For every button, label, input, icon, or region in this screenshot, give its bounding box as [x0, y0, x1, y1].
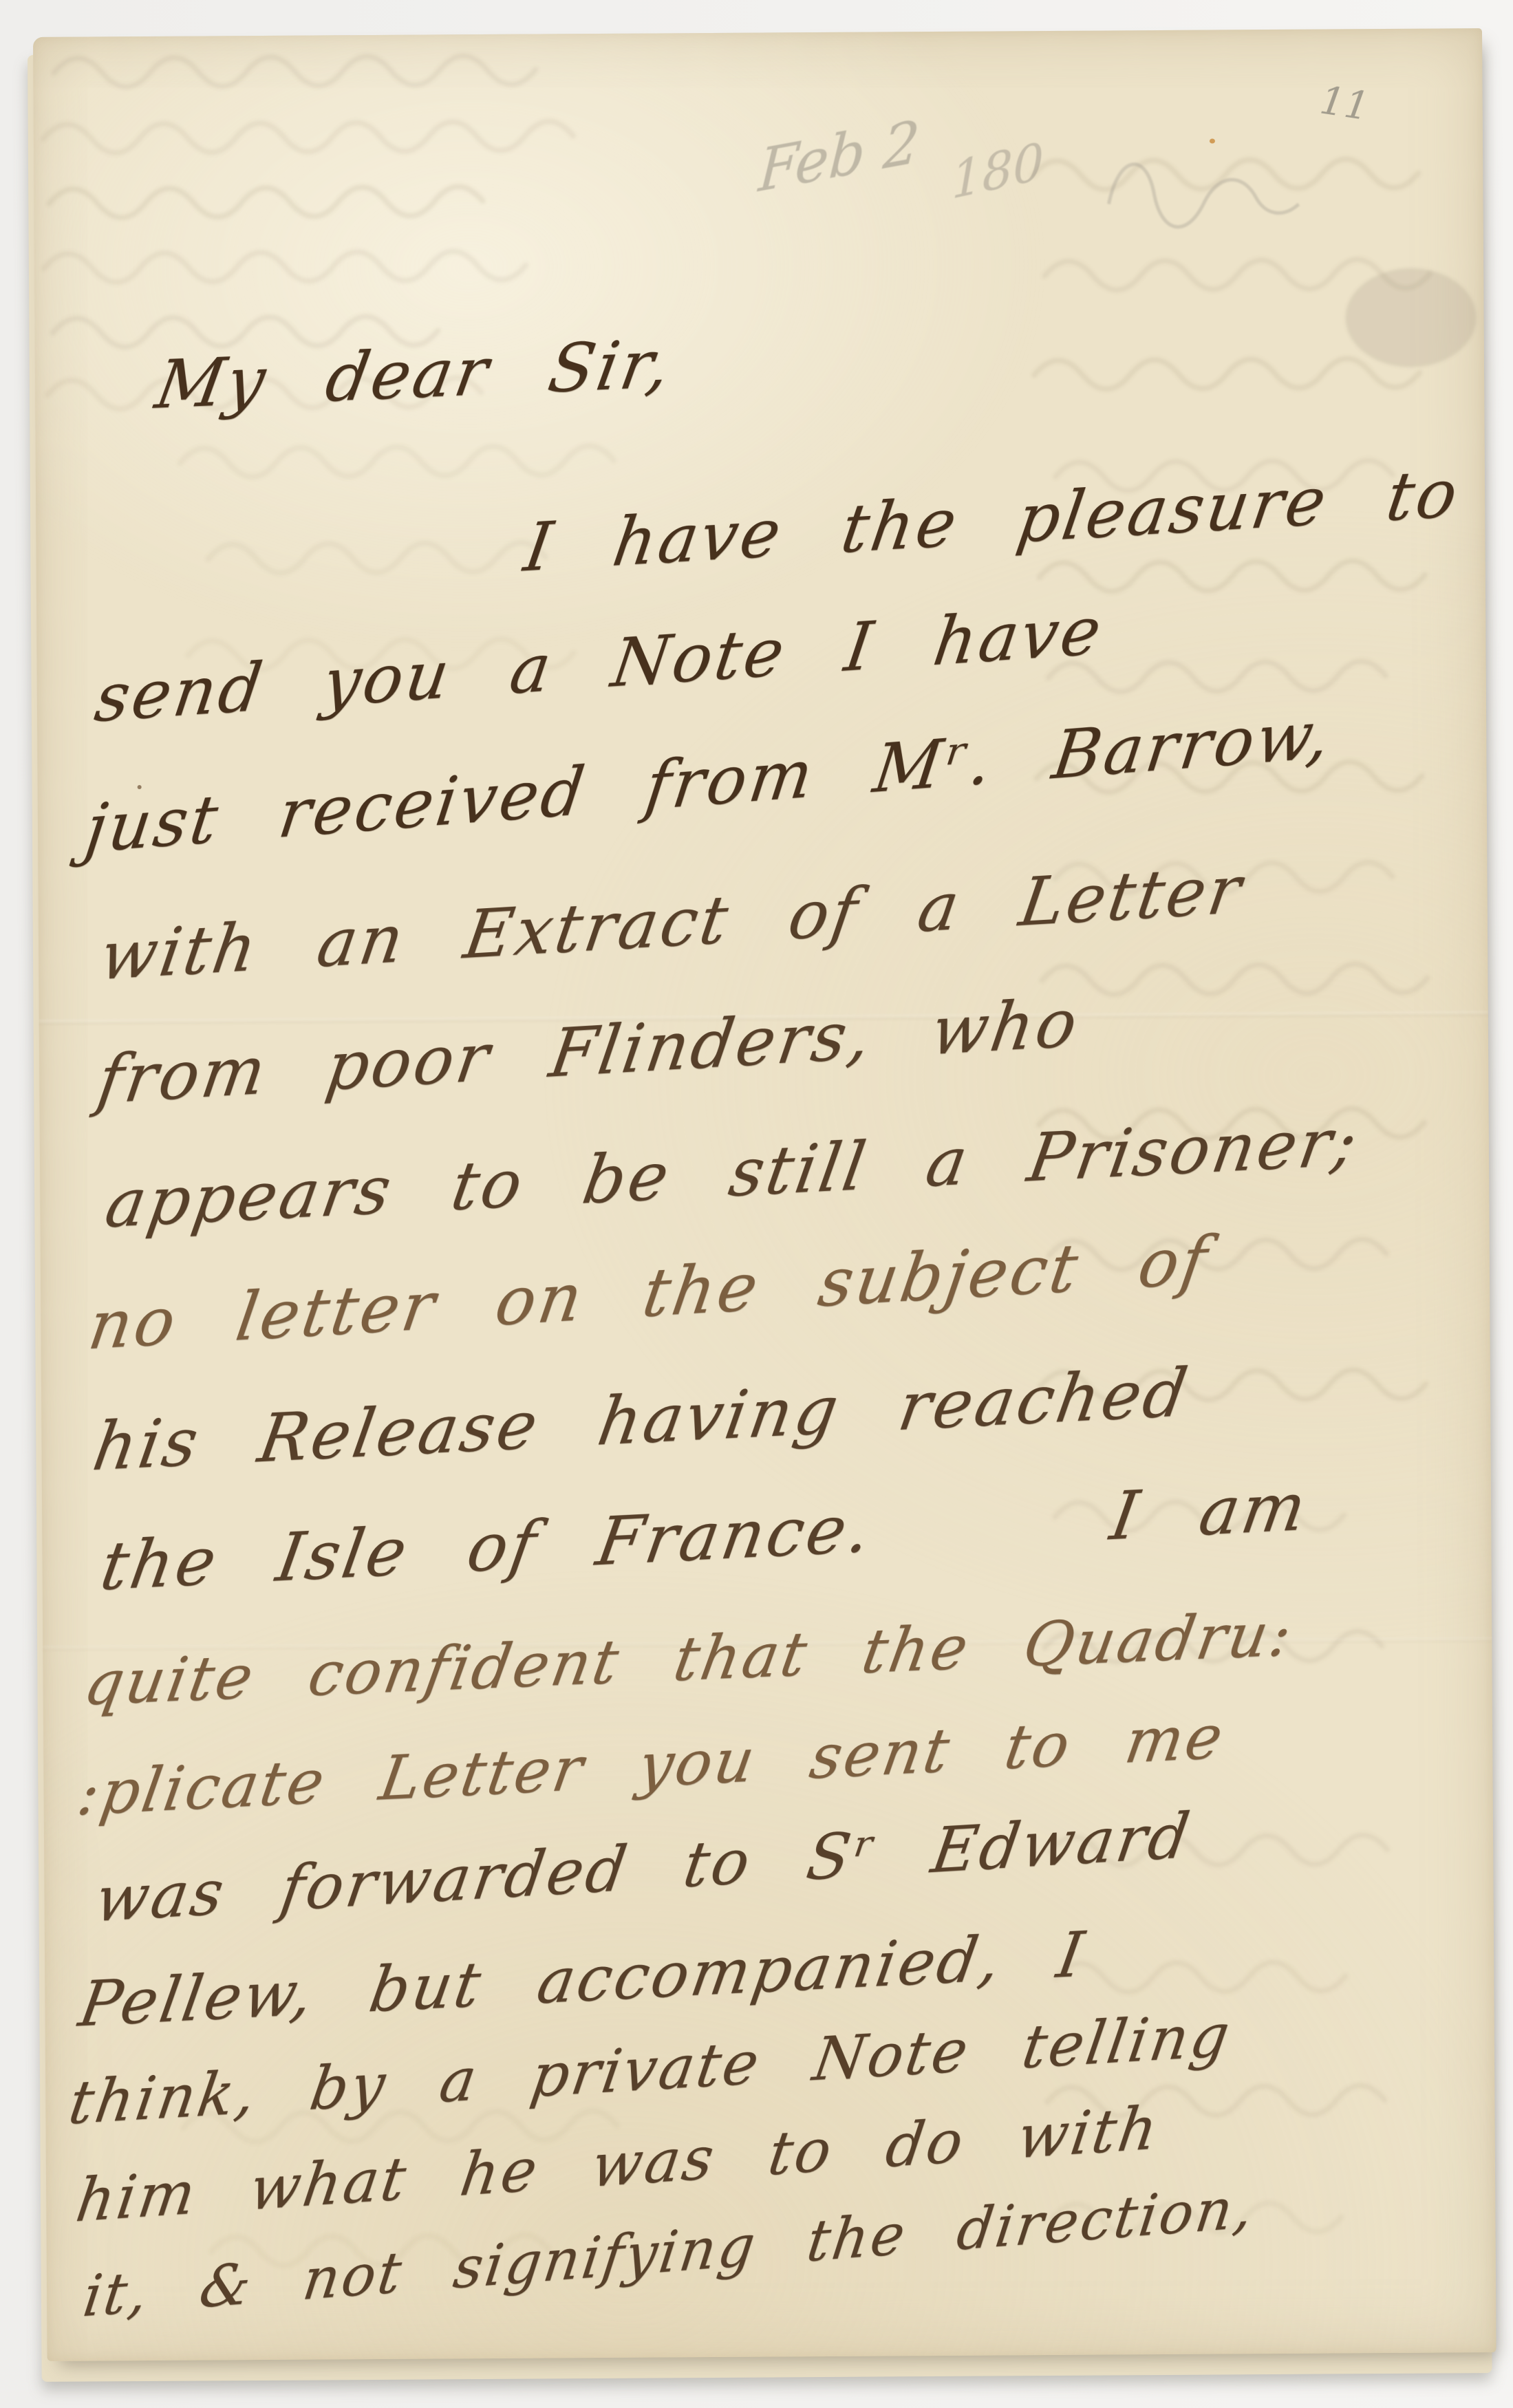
pencil-year: 180	[952, 131, 1044, 211]
letter-page: Feb 2 180 11 My dear Sir, I have the ple…	[33, 28, 1496, 2361]
pencil-ghost	[1108, 163, 1299, 227]
letter-line: the Isle of France. I am	[96, 1468, 1313, 1605]
letter-line: no letter on the subject of	[84, 1221, 1214, 1364]
letter-line: his Release having reached	[88, 1353, 1195, 1485]
letter-line: quite confident that the Quadru:	[79, 1598, 1299, 1719]
ink-smudge	[1345, 268, 1477, 367]
pencil-date: Feb 2	[757, 107, 922, 205]
salutation: My dear Sir,	[150, 325, 678, 424]
letter-line: send you a Note I have	[90, 592, 1108, 738]
letter-line: with an Extract of a Letter	[96, 850, 1249, 995]
paper-blemish	[1210, 139, 1215, 144]
letter-line: I have the pleasure to	[519, 454, 1465, 587]
photo-backdrop: Feb 2 180 11 My dear Sir, I have the ple…	[0, 0, 1513, 2408]
folio-number: 11	[1317, 78, 1372, 129]
letter-line: appears to be still a Prisoner;	[100, 1103, 1365, 1243]
letter-line: from poor Flinders, who	[93, 984, 1085, 1119]
